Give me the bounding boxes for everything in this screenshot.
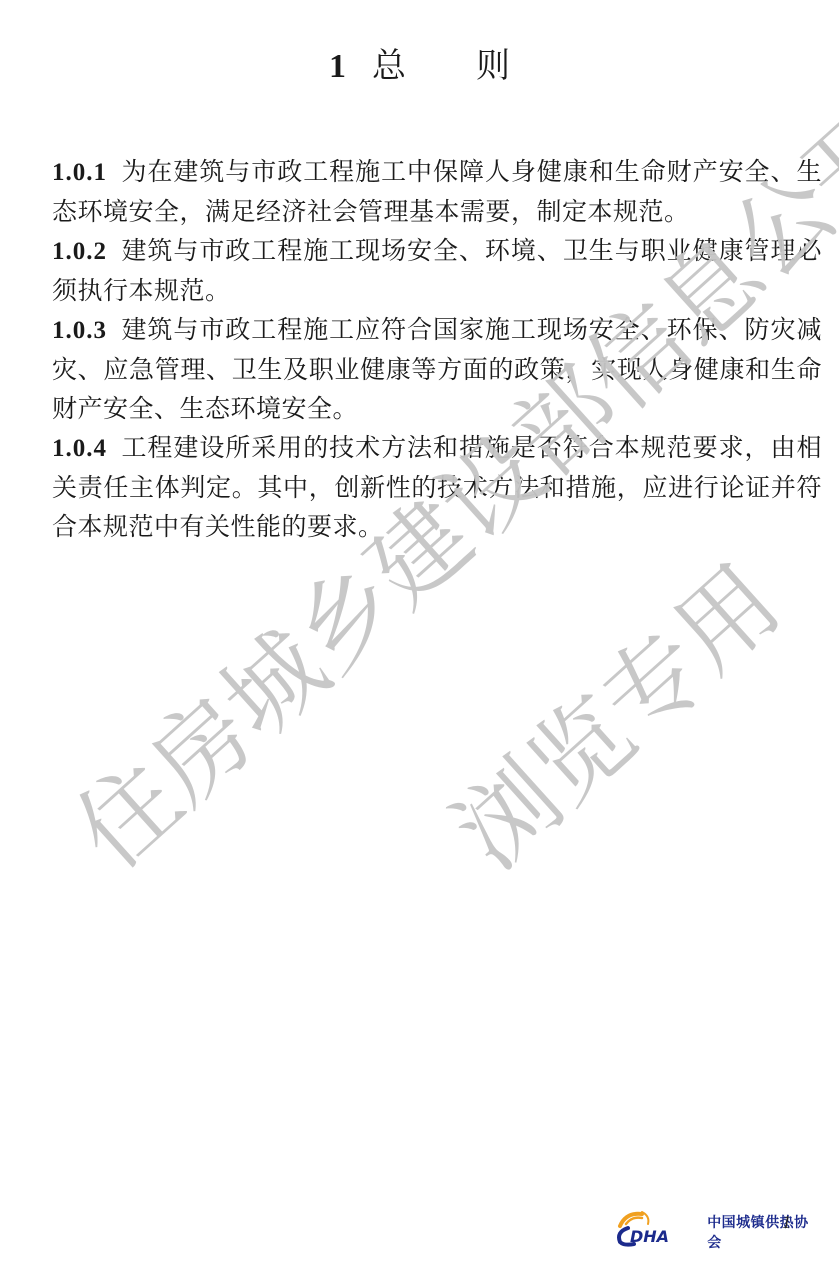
chapter-title-char-1: 总 [372, 46, 406, 86]
clause-text: 为在建筑与市政工程施工中保障人身健康和生命财产安全、生态环境安全，满足经济社会管… [52, 157, 822, 226]
clause-text: 建筑与市政工程施工应符合国家施工现场安全、环保、防灾减灾、应急管理、卫生及职业健… [52, 315, 822, 423]
clause-number: 1.0.1 [52, 159, 107, 186]
clause-1-0-3: 1.0.3建筑与市政工程施工应符合国家施工现场安全、环保、防灾减灾、应急管理、卫… [52, 310, 822, 428]
chapter-body: 1.0.1为在建筑与市政工程施工中保障人身健康和生命财产安全、生态环境安全，满足… [52, 152, 822, 546]
chapter-number: 1 [329, 48, 346, 85]
clause-number: 1.0.2 [52, 238, 107, 265]
clause-text: 工程建设所采用的技术方法和措施是否符合本规范要求，由相关责任主体判定。其中，创新… [52, 433, 822, 541]
svg-text:DHA: DHA [630, 1227, 669, 1246]
page-number: 1 [782, 1212, 791, 1233]
watermark-line-2: 浏览专用 [420, 528, 806, 895]
document-page: 1总则 1.0.1为在建筑与市政工程施工中保障人身健康和生命财产安全、生态环境安… [0, 0, 839, 1265]
publisher-name: 中国城镇供热协会 [707, 1212, 822, 1252]
clause-number: 1.0.3 [52, 317, 107, 344]
clause-number: 1.0.4 [52, 435, 107, 462]
clause-1-0-4: 1.0.4工程建设所采用的技术方法和措施是否符合本规范要求，由相关责任主体判定。… [52, 428, 822, 546]
chapter-title-char-2: 则 [476, 46, 510, 86]
cdha-logo-icon: DHA [612, 1208, 691, 1248]
clause-text: 建筑与市政工程施工现场安全、环境、卫生与职业健康管理必须执行本规范。 [52, 236, 822, 305]
clause-1-0-1: 1.0.1为在建筑与市政工程施工中保障人身健康和生命财产安全、生态环境安全，满足… [52, 152, 822, 231]
clause-1-0-2: 1.0.2建筑与市政工程施工现场安全、环境、卫生与职业健康管理必须执行本规范。 [52, 231, 822, 310]
chapter-title: 1总则 [0, 44, 839, 89]
